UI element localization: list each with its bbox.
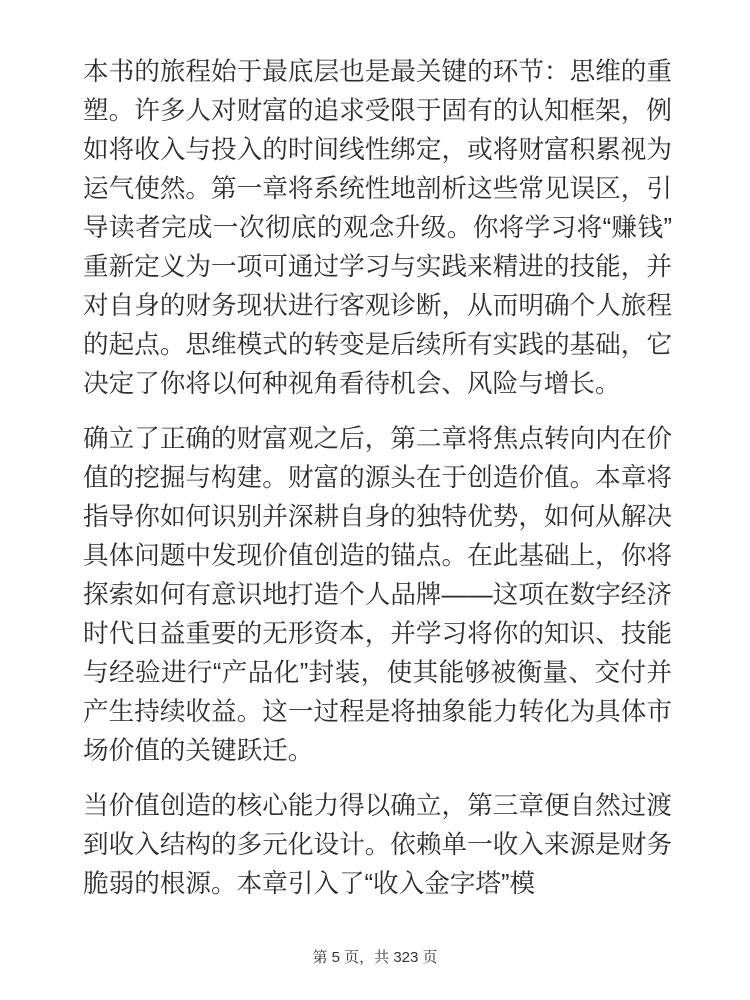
paragraph: 当价值创造的核心能力得以确立，第三章便自然过渡到收入结构的多元化设计。依赖单一收…: [83, 787, 672, 904]
paragraph: 确立了正确的财富观之后，第二章将焦点转向内在价值的挖掘与构建。财富的源头在于创造…: [83, 420, 672, 771]
page-number-indicator: 第 5 页，共 323 页: [0, 948, 750, 968]
paragraph: 本书的旅程始于最底层也是最关键的环节：思维的重塑。许多人对财富的追求受限于固有的…: [83, 53, 672, 404]
document-page: 本书的旅程始于最底层也是最关键的环节：思维的重塑。许多人对财富的追求受限于固有的…: [0, 0, 750, 1000]
page-content: 本书的旅程始于最底层也是最关键的环节：思维的重塑。许多人对财富的追求受限于固有的…: [83, 53, 672, 904]
